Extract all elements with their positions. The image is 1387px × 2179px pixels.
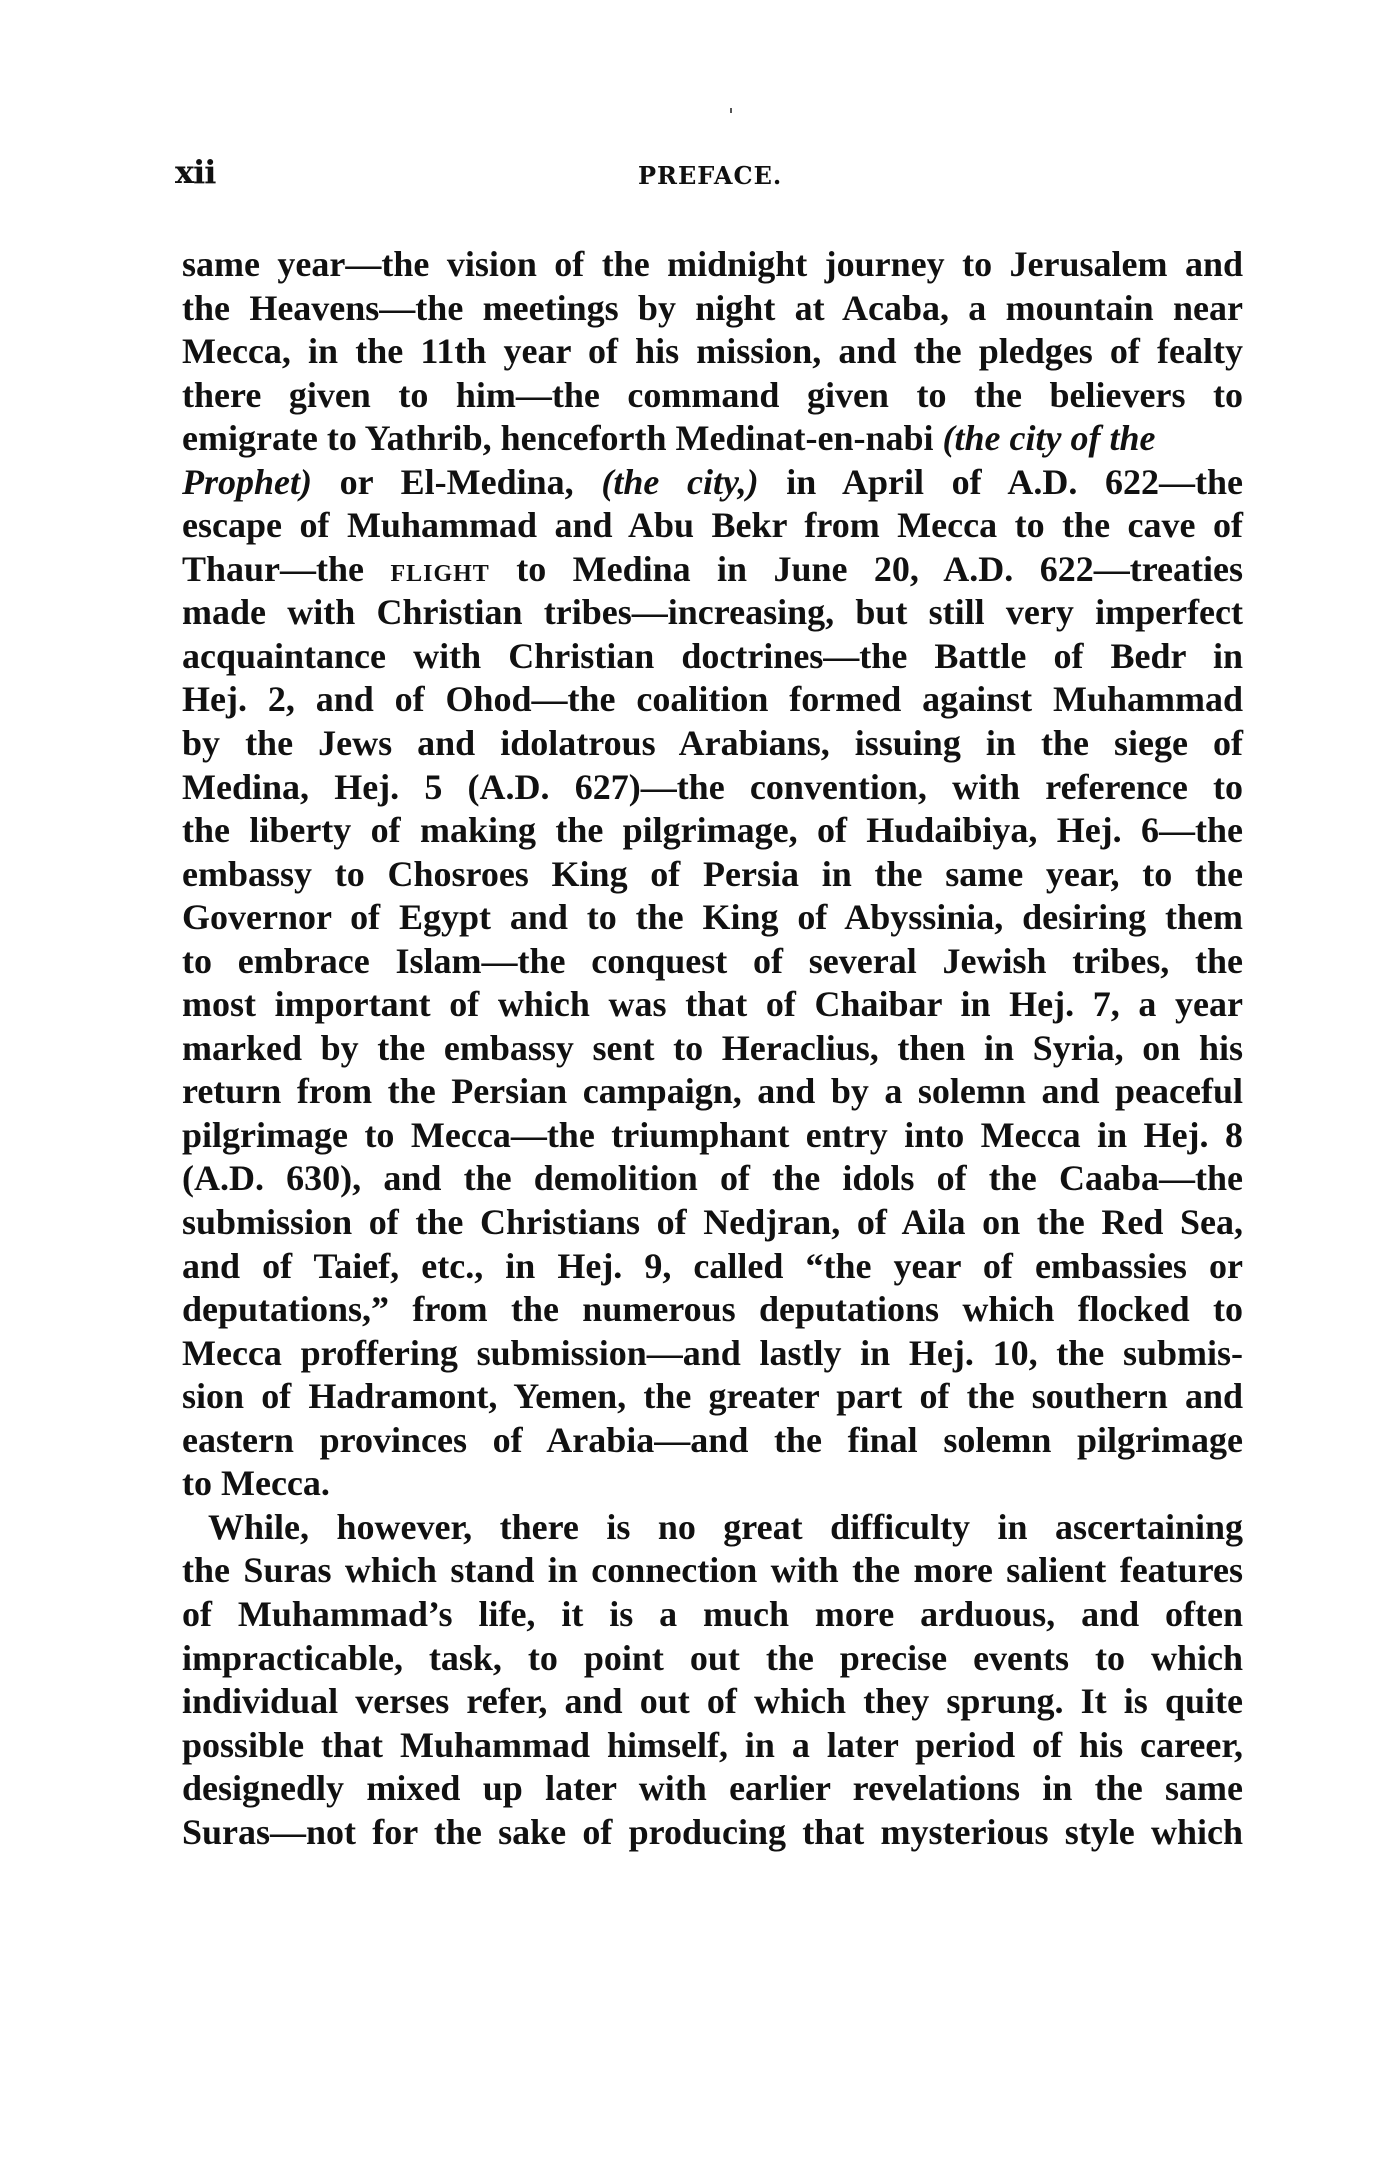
text-run: individual verses refer, and out of whic… [182,1681,1243,1721]
text-line: Prophet) or El-Medina, (the city,) in Ap… [182,461,1243,505]
text-line: designedly mixed up later with earlier r… [182,1767,1243,1811]
text-run: impracticable, task, to point out the pr… [182,1638,1243,1678]
text-line: Mecca, in the 11th year of his mission, … [182,330,1243,374]
small-caps-text: FLIGHT [390,561,489,587]
scan-speck [730,108,732,113]
paragraph: While, however, there is no great diffic… [182,1506,1243,1854]
text-line: there given to him—the command given to … [182,374,1243,418]
italic-text: Prophet) [182,462,312,502]
text-line: emigrate to Yathrib, henceforth Medinat-… [182,417,1243,461]
text-run: While, however, there is no great diffic… [208,1507,1243,1547]
text-run: Thaur—the [182,549,390,589]
text-line: escape of Muhammad and Abu Bekr from Mec… [182,504,1243,548]
text-line: Governor of Egypt and to the King of Aby… [182,896,1243,940]
text-run: possible that Muhammad himself, in a lat… [182,1725,1243,1765]
text-line: Medina, Hej. 5 (A.D. 627)—the convention… [182,766,1243,810]
text-run: Suras—not for the sake of producing that… [182,1812,1243,1852]
text-line: individual verses refer, and out of whic… [182,1680,1243,1724]
text-run: the Heavens—the meetings by night at Aca… [182,288,1243,328]
text-run: designedly mixed up later with earlier r… [182,1768,1243,1808]
text-line: impracticable, task, to point out the pr… [182,1637,1243,1681]
text-run: same year—the vision of the midnight jou… [182,244,1243,284]
text-line: possible that Muhammad himself, in a lat… [182,1724,1243,1768]
text-run: submission of the Christians of Nedjran,… [182,1202,1243,1242]
italic-text: (the city,) [601,462,758,502]
text-run: escape of Muhammad and Abu Bekr from Mec… [182,505,1243,545]
text-run: Hej. 2, and of Ohod—the coalition formed… [182,679,1243,719]
text-run: the liberty of making the pilgrimage, of… [182,810,1243,850]
text-run: and of Taief, etc., in Hej. 9, called “t… [182,1246,1243,1286]
text-run: Mecca, in the 11th year of his mission, … [182,331,1243,371]
text-run: of Muhammad’s life, it is a much more ar… [182,1594,1243,1634]
text-line: made with Christian tribes—increasing, b… [182,591,1243,635]
text-line: the Suras which stand in connection with… [182,1549,1243,1593]
text-line: Hej. 2, and of Ohod—the coalition formed… [182,678,1243,722]
text-run: or El-Medina, [312,462,601,502]
text-run: emigrate to Yathrib, henceforth Medinat-… [182,418,943,458]
body-text: same year—the vision of the midnight jou… [182,243,1243,1854]
text-line: return from the Persian campaign, and by… [182,1070,1243,1114]
text-run: most important of which was that of Chai… [182,984,1243,1024]
text-run: Governor of Egypt and to the King of Aby… [182,897,1243,937]
text-line: to embrace Islam—the conquest of several… [182,940,1243,984]
text-line: to Mecca. [182,1462,1243,1506]
text-line: eastern provinces of Arabia—and the fina… [182,1419,1243,1463]
text-line: embassy to Chosroes King of Persia in th… [182,853,1243,897]
text-line: of Muhammad’s life, it is a much more ar… [182,1593,1243,1637]
running-head: PREFACE. [638,160,782,192]
text-line: deputations,” from the numerous deputati… [182,1288,1243,1332]
text-line: the liberty of making the pilgrimage, of… [182,809,1243,853]
text-run: marked by the embassy sent to Heraclius,… [182,1028,1243,1068]
text-run: in April of A.D. 622—the [759,462,1243,502]
text-line: submission of the Christians of Nedjran,… [182,1201,1243,1245]
text-run: there given to him—the command given to … [182,375,1243,415]
text-line: by the Jews and idolatrous Arabians, iss… [182,722,1243,766]
italic-text: (the city of the [943,418,1156,458]
text-line: most important of which was that of Chai… [182,983,1243,1027]
text-line: and of Taief, etc., in Hej. 9, called “t… [182,1245,1243,1289]
text-run: pilgrimage to Mecca—the triumphant entry… [182,1115,1243,1155]
text-run: eastern provinces of Arabia—and the fina… [182,1420,1243,1460]
text-run: to Medina in June 20, A.D. 622—treaties [490,549,1243,589]
paragraph: same year—the vision of the midnight jou… [182,243,1243,1506]
page-number: xii [175,152,215,192]
text-run: sion of Hadramont, Yemen, the greater pa… [182,1376,1243,1416]
book-page: xii PREFACE. same year—the vision of the… [0,0,1387,2179]
text-run: return from the Persian campaign, and by… [182,1071,1243,1111]
text-line: Thaur—the FLIGHT to Medina in June 20, A… [182,548,1243,592]
text-run: (A.D. 630), and the demolition of the id… [182,1158,1243,1198]
text-line: Suras—not for the sake of producing that… [182,1811,1243,1855]
text-line: Mecca proffering submission—and lastly i… [182,1332,1243,1376]
text-line: (A.D. 630), and the demolition of the id… [182,1157,1243,1201]
text-line: sion of Hadramont, Yemen, the greater pa… [182,1375,1243,1419]
text-run: acquaintance with Christian doctrines—th… [182,636,1243,676]
text-run: deputations,” from the numerous deputati… [182,1289,1243,1329]
text-line: pilgrimage to Mecca—the triumphant entry… [182,1114,1243,1158]
text-run: to embrace Islam—the conquest of several… [182,941,1243,981]
text-line: marked by the embassy sent to Heraclius,… [182,1027,1243,1071]
text-run: Mecca proffering submission—and lastly i… [182,1333,1243,1373]
text-run: to Mecca. [182,1463,330,1503]
text-run: embassy to Chosroes King of Persia in th… [182,854,1243,894]
text-line: While, however, there is no great diffic… [182,1506,1243,1550]
text-run: Medina, Hej. 5 (A.D. 627)—the convention… [182,767,1243,807]
text-run: made with Christian tribes—increasing, b… [182,592,1243,632]
text-line: the Heavens—the meetings by night at Aca… [182,287,1243,331]
text-run: the Suras which stand in connection with… [182,1550,1243,1590]
text-run: by the Jews and idolatrous Arabians, iss… [182,723,1243,763]
text-line: same year—the vision of the midnight jou… [182,243,1243,287]
text-line: acquaintance with Christian doctrines—th… [182,635,1243,679]
